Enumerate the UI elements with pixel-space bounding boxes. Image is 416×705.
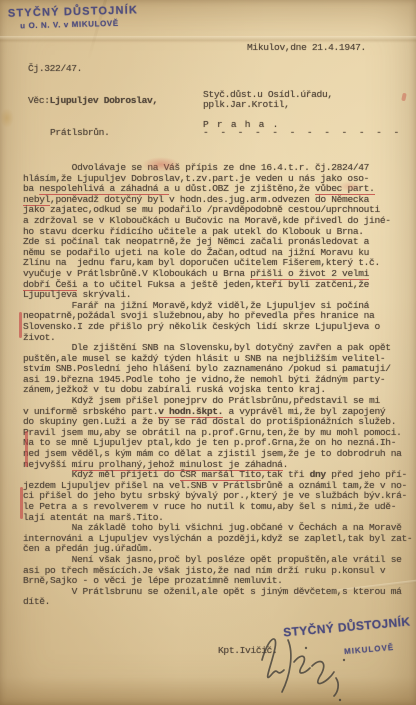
body-text: Zlínu na jednu faru,kam byl doporučen uč… — [23, 257, 380, 268]
addressee-underline: - - - - - - - - - - - - — [203, 128, 402, 139]
body-text: a to učitel Fuksa a ještě jeden,kteří by… — [77, 279, 369, 290]
body-text: Brně,Sajko - o věci je lépe prozatímně n… — [23, 575, 283, 586]
letter-body: Odvolávaje se na Váš přípis ze dne 16.4.… — [23, 163, 416, 608]
body-text: Zde si počínal tak neopatrně,že jej Němc… — [23, 236, 369, 247]
subject-place: Prátlsbrůn. — [50, 128, 158, 139]
body-text: vyučuje v Prátlsbrůně.V Kloboukách u Brn… — [23, 268, 250, 279]
body-text: lají atentát na marš.Tito. — [23, 512, 164, 523]
body-text: ho stavu dcerku řídicího učitele a pak u… — [23, 226, 364, 237]
body-text: hlásím,že Ljupuljev Dobroslav,t.zv.part.… — [23, 173, 369, 184]
paper-stain — [0, 108, 14, 128]
body-text: Když měl přijeti do — [23, 469, 180, 480]
body-text: Není však jasno,proč byl posléze opět pr… — [23, 554, 402, 565]
body-text: ned jsem věděl,s kým mám co dělat a zjis… — [23, 448, 402, 459]
reference-block: Čj.322/47. Věc:Ljupuljev Dobroslav, Prát… — [28, 43, 158, 160]
body-text: a vyprávěl mi,že byl zapojený — [223, 406, 385, 417]
handwritten-signature — [248, 626, 358, 705]
body-text: do skupiny gen.Luži a že by se rád dosta… — [23, 416, 396, 427]
subject-line: Věc:Ljupuljev Dobroslav, — [28, 96, 158, 107]
body-text: V Prátlsbrunu se oženil,ale opět s jiným… — [23, 586, 402, 597]
body-text: Když jsem přišel ponejprv do Prátlsbrůnu… — [23, 395, 380, 406]
red-stain — [142, 157, 180, 172]
addressee-person: pplk.Jar.Krotil, — [203, 100, 290, 111]
stamp-office-location: u O. N. V. v MIKULOVĚ — [20, 18, 138, 30]
body-text: . — [283, 459, 288, 470]
body-text: Na základě toho byli všichni jug.občané … — [23, 522, 402, 533]
body-text: u důst.OBZ je zjištěno,že — [169, 183, 315, 194]
body-text: a zdržoval se v Kloboučkách u Bučovic na… — [23, 215, 391, 226]
body-text: dítě. — [23, 596, 50, 607]
body-line: dítě. — [23, 597, 416, 608]
body-text: Dle zjištění SNB na Slovensku,byl dotyčn… — [23, 342, 391, 353]
body-text: dny — [310, 469, 326, 480]
body-line: V Prátlsbrunu se oženil,ale opět s jiným… — [23, 587, 416, 598]
body-text: nejvyšší — [23, 459, 72, 470]
file-number: Čj.322/47. — [28, 64, 158, 75]
body-text: asi po třech měsících.Je však jisto,že n… — [23, 565, 385, 576]
office-stamp-header: STYČNÝ DŮSTOJNÍK u O. N. V. v MIKULOVĚ — [8, 4, 139, 30]
body-text: Na to se mně Ljupuljev ptal,kdo je ten p… — [23, 437, 396, 448]
place-date: Mikulov,dne 21.4.1947. — [247, 43, 366, 54]
pink-stain — [338, 181, 362, 192]
body-text: ba — [23, 183, 39, 194]
body-text: zánem,ježkož v tu dobu zabírali ruská vo… — [23, 384, 326, 395]
stamp-office-name: STYČNÝ DŮSTOJNÍK — [8, 4, 139, 19]
body-text: Odvolávaje se na Váš přípis ze dne 16.4.… — [23, 162, 369, 173]
body-text: le Petra a s revolverem v ruce ho nutil … — [23, 501, 396, 512]
red-pencil-margin-mark — [19, 312, 22, 338]
body-text: v uniformě srbského part. — [23, 406, 158, 417]
body-text: před jeho pří- — [326, 469, 407, 480]
body-text: život. — [23, 332, 55, 343]
red-mark — [401, 93, 407, 102]
body-text: Slovensko.I zde přišlo prý několik český… — [23, 321, 380, 332]
document-page: STYČNÝ DŮSTOJNÍK u O. N. V. v MIKULOVĚ Č… — [0, 0, 416, 705]
red-pencil-margin-mark — [25, 431, 28, 467]
body-text: čen a předán jug.úřadům. — [23, 543, 153, 554]
body-text: ,tak tři — [261, 469, 310, 480]
subject-name: Ljupuljev Dobroslav, — [50, 95, 158, 106]
signature-scrawl-icon — [248, 626, 358, 705]
body-text: neopatrně,požádal svoji služebnou,aby ho… — [23, 310, 374, 321]
body-text: stvím SNB.Poslední jeho hlášení bylo zaz… — [23, 363, 391, 374]
red-pencil-margin-mark — [20, 487, 23, 519]
body-text: ci přišel do jeho bytu srbský bývalý por… — [23, 490, 407, 501]
subject-label: Věc: — [28, 95, 50, 106]
body-text: Ljupuljeva skrývali. — [23, 289, 131, 300]
body-line: Slovensko.I zde přišlo prý několik český… — [23, 322, 416, 333]
body-text: jako zajatec,odkud se mu podařilo /pravd… — [23, 204, 380, 215]
